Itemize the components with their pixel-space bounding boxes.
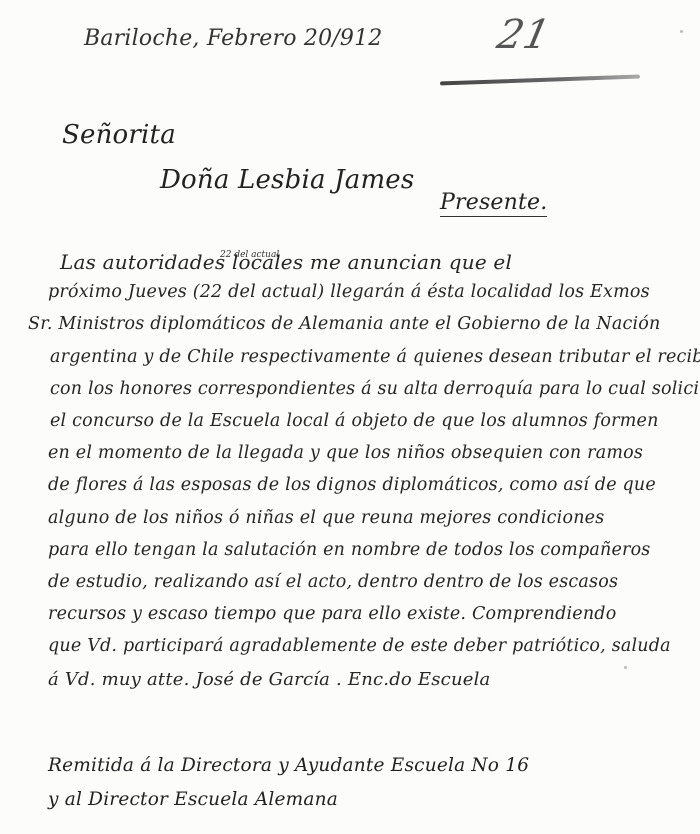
body-line: el concurso de la Escuela local á objeto… [50, 411, 659, 431]
body-line: Las autoridades locales me anuncian que … [60, 250, 512, 274]
body-line: que Vd. participará agradablemente de es… [48, 636, 671, 656]
body-line: Sr. Ministros diplomáticos de Alemania a… [28, 314, 661, 334]
body-line: con los honores correspondientes á su al… [50, 379, 700, 399]
body-line: de estudio, realizando así el acto, dent… [48, 572, 618, 592]
footer-line: Remitida á la Directora y Ayudante Escue… [48, 755, 529, 776]
place-date: Bariloche, Febrero 20/912 [84, 26, 382, 51]
paper-speck [624, 666, 627, 669]
letter-page: Bariloche, Febrero 20/912 21 Señorita Do… [0, 0, 700, 834]
addressee: Doña Lesbia James [160, 165, 414, 195]
body-line: en el momento de la llegada y que los ni… [48, 443, 643, 463]
presente: Presente. [440, 190, 547, 217]
body-line: á Vd. muy atte. José de García . Enc.do … [48, 669, 490, 690]
body-line: alguno de los niños ó niñas el que reuna… [48, 508, 604, 528]
folio-number: 21 [493, 12, 554, 58]
body-line: próximo Jueves (22 del actual) llegarán … [48, 282, 650, 302]
folio-underline [440, 75, 640, 86]
body-line: argentina y de Chile respectivamente á q… [50, 347, 700, 367]
body-line: de flores á las esposas de los dignos di… [48, 475, 656, 495]
body-line: para ello tengan la salutación en nombre… [48, 540, 651, 560]
body-line: recursos y escaso tiempo que para ello e… [48, 604, 616, 624]
salutation: Señorita [62, 120, 176, 150]
footer-line: y al Director Escuela Alemana [48, 789, 338, 810]
paper-speck [680, 30, 683, 33]
